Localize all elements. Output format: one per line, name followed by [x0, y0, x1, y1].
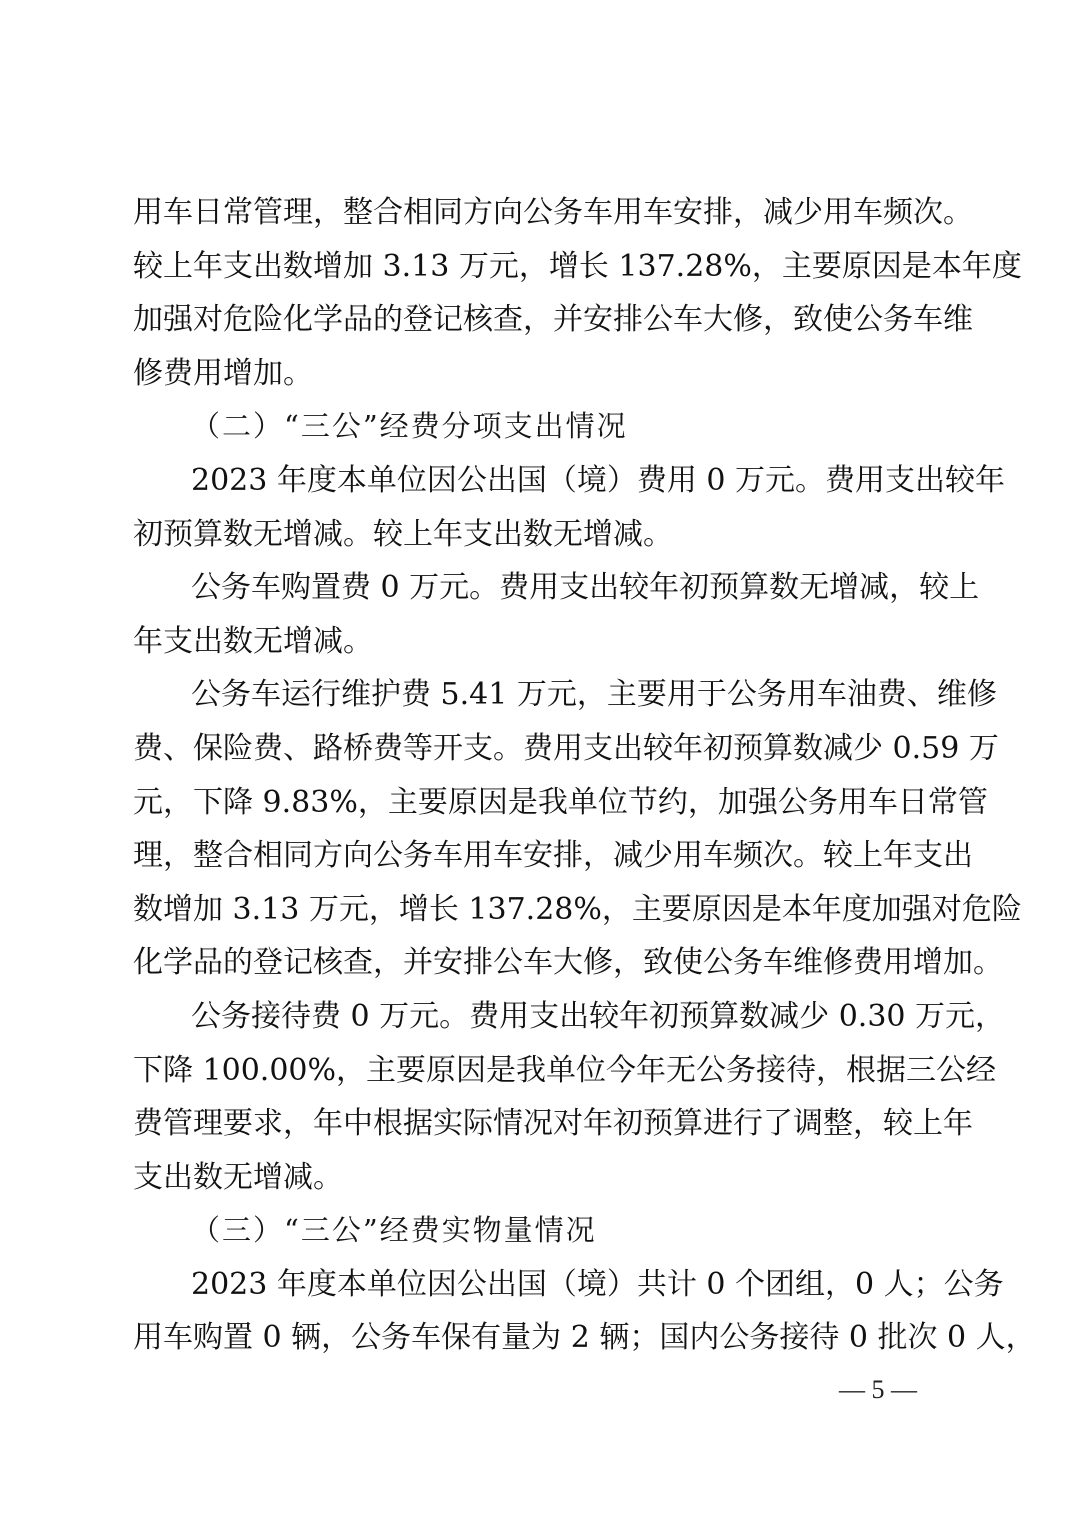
paragraph-line: 年支出数无增减。	[133, 615, 945, 669]
document-page: 用车日常管理，整合相同方向公务车用车安排，减少用车频次。 较上年支出数增加 3.…	[0, 0, 1075, 1520]
paragraph-line: 2023 年度本单位因公出国（境）共计 0 个团组，0 人；公务	[133, 1258, 945, 1312]
paragraph-line: 化学品的登记核查，并安排公车大修，致使公务车维修费用增加。	[133, 936, 945, 990]
paragraph-line: 用车购置 0 辆，公务车保有量为 2 辆；国内公务接待 0 批次 0 人，	[133, 1311, 945, 1365]
paragraph-line: 修费用增加。	[133, 347, 945, 401]
document-body: 用车日常管理，整合相同方向公务车用车安排，减少用车频次。 较上年支出数增加 3.…	[133, 186, 945, 1365]
paragraph-line: 元，下降 9.83%，主要原因是我单位节约，加强公务用车日常管	[133, 776, 945, 830]
paragraph-line: 初预算数无增减。较上年支出数无增减。	[133, 508, 945, 562]
paragraph-line: 费、保险费、路桥费等开支。费用支出较年初预算数减少 0.59 万	[133, 722, 945, 776]
paragraph-line: 公务车购置费 0 万元。费用支出较年初预算数无增减，较上	[133, 561, 945, 615]
paragraph-line: 数增加 3.13 万元，增长 137.28%，主要原因是本年度加强对危险	[133, 883, 945, 937]
paragraph-line: 下降 100.00%，主要原因是我单位今年无公务接待，根据三公经	[133, 1044, 945, 1098]
paragraph-line: 费管理要求，年中根据实际情况对年初预算进行了调整，较上年	[133, 1097, 945, 1151]
section-heading-expenditure-by-item: （二）“三公”经费分项支出情况	[133, 400, 945, 454]
paragraph-line: 用车日常管理，整合相同方向公务车用车安排，减少用车频次。	[133, 186, 945, 240]
paragraph-line: 公务车运行维护费 5.41 万元，主要用于公务用车油费、维修	[133, 668, 945, 722]
section-heading-physical-quantity: （三）“三公”经费实物量情况	[133, 1204, 945, 1258]
paragraph-line: 公务接待费 0 万元。费用支出较年初预算数减少 0.30 万元，	[133, 990, 945, 1044]
page-number: — 5 —	[828, 1372, 928, 1408]
paragraph-line: 加强对危险化学品的登记核查，并安排公车大修，致使公务车维	[133, 293, 945, 347]
paragraph-line: 2023 年度本单位因公出国（境）费用 0 万元。费用支出较年	[133, 454, 945, 508]
paragraph-line: 较上年支出数增加 3.13 万元，增长 137.28%，主要原因是本年度	[133, 240, 945, 294]
paragraph-line: 支出数无增减。	[133, 1151, 945, 1205]
paragraph-line: 理，整合相同方向公务车用车安排，减少用车频次。较上年支出	[133, 829, 945, 883]
